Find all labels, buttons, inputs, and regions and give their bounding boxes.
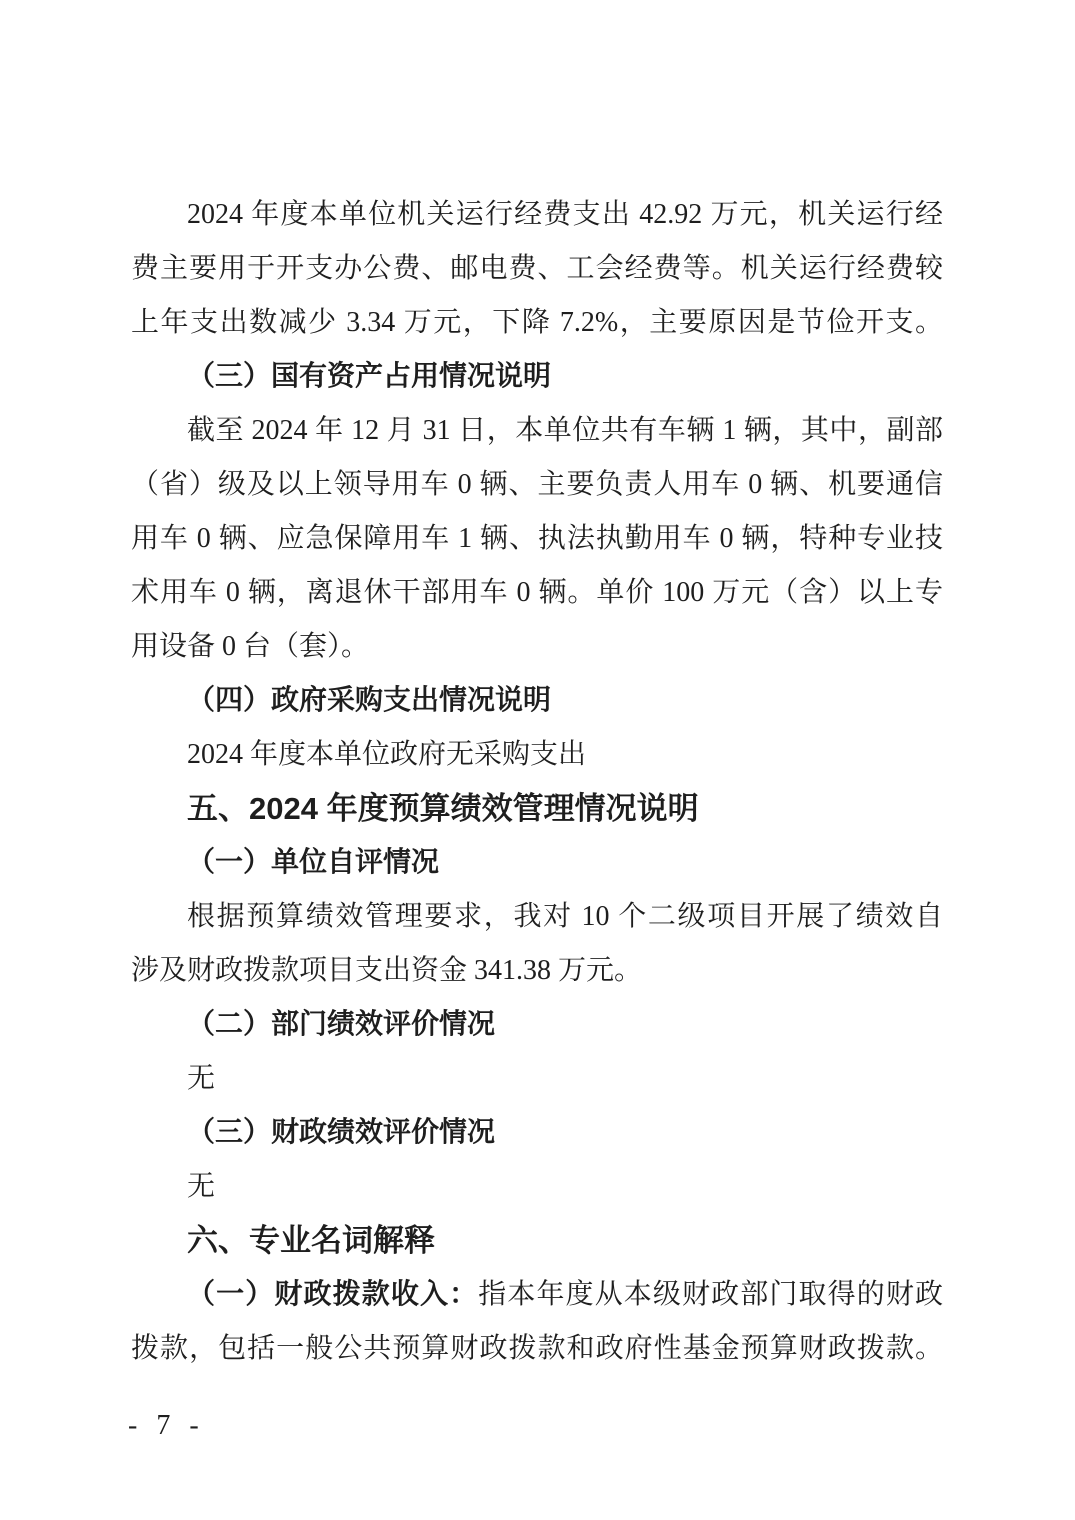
definition-text: 指本年度从本级财政部门取得的财政 — [478, 1279, 943, 1310]
document-page: 2024 年度本单位机关运行经费支出 42.92 万元，机关运行经 费主要用于开… — [0, 0, 1075, 1520]
body-line: 费主要用于开支办公费、邮电费、工会经费等。机关运行经费较 — [131, 242, 943, 296]
body-line: （一）财政拨款收入：指本年度从本级财政部门取得的财政 — [131, 1268, 943, 1322]
body-line: 用设备 0 台（套）。 — [131, 620, 943, 674]
body-line: 涉及财政拨款项目支出资金 341.38 万元。 — [131, 944, 943, 998]
body-line: （省）级及以上领导用车 0 辆、主要负责人用车 0 辆、机要通信 — [131, 458, 943, 512]
subsection-heading: （一）单位自评情况 — [131, 836, 943, 890]
defined-term: （一）财政拨款收入： — [187, 1279, 478, 1310]
body-line: 拨款，包括一般公共预算财政拨款和政府性基金预算财政拨款。 — [131, 1322, 943, 1376]
section-heading: 五、2024 年度预算绩效管理情况说明 — [131, 782, 943, 836]
section-heading: 六、专业名词解释 — [131, 1214, 943, 1268]
body-line: 上年支出数减少 3.34 万元，下降 7.2%，主要原因是节俭开支。 — [131, 296, 943, 350]
body-line: 2024 年度本单位政府无采购支出 — [131, 728, 943, 782]
body-line: 无 — [131, 1052, 943, 1106]
body-line: 根据预算绩效管理要求，我对 10 个二级项目开展了绩效自评， — [131, 890, 943, 944]
body-line: 用车 0 辆、应急保障用车 1 辆、执法执勤用车 0 辆，特种专业技 — [131, 512, 943, 566]
subsection-heading: （三）财政绩效评价情况 — [131, 1106, 943, 1160]
subsection-heading: （四）政府采购支出情况说明 — [131, 674, 943, 728]
document-body: 2024 年度本单位机关运行经费支出 42.92 万元，机关运行经 费主要用于开… — [131, 188, 943, 1376]
body-line: 无 — [131, 1160, 943, 1214]
body-line: 截至 2024 年 12 月 31 日，本单位共有车辆 1 辆，其中，副部 — [131, 404, 943, 458]
body-line: 术用车 0 辆，离退休干部用车 0 辆。单价 100 万元（含）以上专 — [131, 566, 943, 620]
page-number: - 7 - — [128, 1408, 205, 1444]
subsection-heading: （三）国有资产占用情况说明 — [131, 350, 943, 404]
body-line: 2024 年度本单位机关运行经费支出 42.92 万元，机关运行经 — [131, 188, 943, 242]
subsection-heading: （二）部门绩效评价情况 — [131, 998, 943, 1052]
